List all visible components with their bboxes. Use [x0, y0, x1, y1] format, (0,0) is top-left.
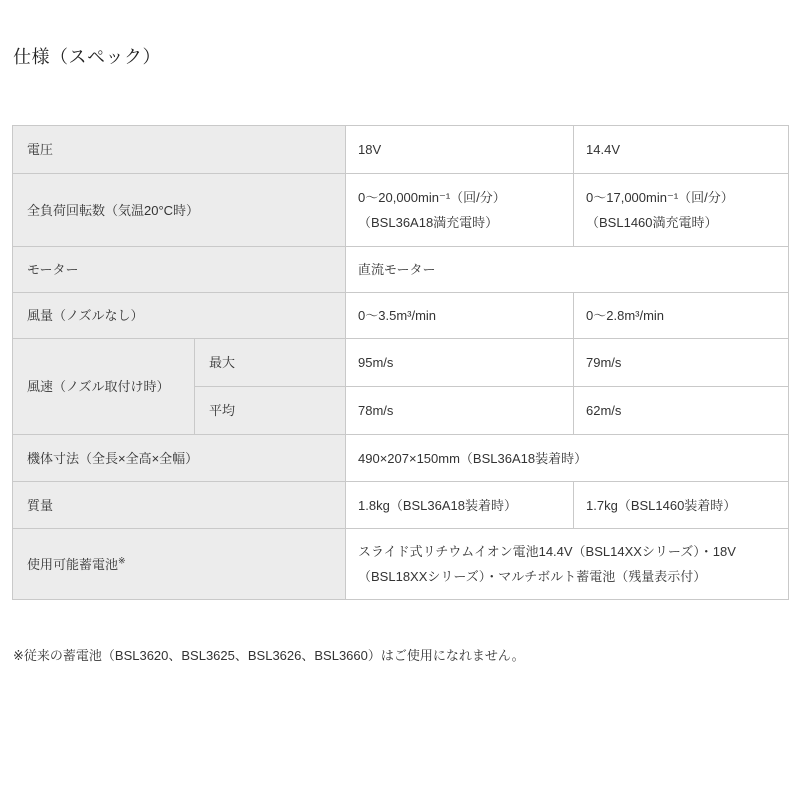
- spec-value-motor: 直流モーター: [346, 247, 789, 293]
- spec-value-weight-18v: 1.8kg（BSL36A18装着時）: [346, 482, 574, 529]
- rotation-18v-line2: （BSL36A18満充電時）: [358, 210, 563, 235]
- spec-label-air-speed: 風速（ノズル取付け時）: [13, 339, 195, 435]
- battery-label-text: 使用可能蓄電池: [27, 557, 118, 572]
- table-row-dimensions: 機体寸法（全長×全高×全幅） 490×207×150mm（BSL36A18装着時…: [13, 435, 789, 482]
- spec-label-rotation: 全負荷回転数（気温20°C時）: [13, 174, 346, 247]
- page-title: 仕様（スペック）: [13, 44, 788, 70]
- spec-sublabel-air-speed-max: 最大: [195, 339, 346, 387]
- spec-value-air-volume-14v: 0〜2.8m³/min: [574, 293, 789, 339]
- spec-label-air-volume: 風量（ノズルなし）: [13, 293, 346, 339]
- rotation-14v-line2: （BSL1460満充電時）: [586, 210, 778, 235]
- spec-label-voltage: 電圧: [13, 126, 346, 174]
- spec-value-air-speed-avg-14v: 62m/s: [574, 387, 789, 435]
- spec-value-battery: スライド式リチウムイオン電池14.4V（BSL14XXシリーズ）・18V（BSL…: [346, 529, 789, 600]
- table-row-battery: 使用可能蓄電池※ スライド式リチウムイオン電池14.4V（BSL14XXシリーズ…: [13, 529, 789, 600]
- table-row-rotation: 全負荷回転数（気温20°C時） 0〜20,000min⁻¹（回/分） （BSL3…: [13, 174, 789, 247]
- spec-value-air-volume-18v: 0〜3.5m³/min: [346, 293, 574, 339]
- spec-page: 仕様（スペック） 電圧 18V 14.4V 全負荷回転数（気温20°C時） 0〜…: [12, 44, 788, 666]
- spec-value-voltage-14v: 14.4V: [574, 126, 789, 174]
- spec-table: 電圧 18V 14.4V 全負荷回転数（気温20°C時） 0〜20,000min…: [12, 125, 789, 600]
- table-row-weight: 質量 1.8kg（BSL36A18装着時） 1.7kg（BSL1460装着時）: [13, 482, 789, 529]
- spec-value-air-speed-avg-18v: 78m/s: [346, 387, 574, 435]
- rotation-18v-line1: 0〜20,000min⁻¹（回/分）: [358, 185, 563, 210]
- table-row-air-speed-max: 風速（ノズル取付け時） 最大 95m/s 79m/s: [13, 339, 789, 387]
- spec-value-weight-14v: 1.7kg（BSL1460装着時）: [574, 482, 789, 529]
- battery-note-marker: ※: [118, 555, 126, 565]
- spec-value-voltage-18v: 18V: [346, 126, 574, 174]
- table-row-voltage: 電圧 18V 14.4V: [13, 126, 789, 174]
- spec-label-battery: 使用可能蓄電池※: [13, 529, 346, 600]
- table-row-air-volume: 風量（ノズルなし） 0〜3.5m³/min 0〜2.8m³/min: [13, 293, 789, 339]
- rotation-14v-line1: 0〜17,000min⁻¹（回/分）: [586, 185, 778, 210]
- spec-value-rotation-18v: 0〜20,000min⁻¹（回/分） （BSL36A18満充電時）: [346, 174, 574, 247]
- footnote: ※従来の蓄電池（BSL3620、BSL3625、BSL3626、BSL3660）…: [13, 646, 788, 666]
- spec-sublabel-air-speed-avg: 平均: [195, 387, 346, 435]
- spec-label-motor: モーター: [13, 247, 346, 293]
- spec-label-weight: 質量: [13, 482, 346, 529]
- spec-value-rotation-14v: 0〜17,000min⁻¹（回/分） （BSL1460満充電時）: [574, 174, 789, 247]
- spec-value-air-speed-max-18v: 95m/s: [346, 339, 574, 387]
- spec-value-air-speed-max-14v: 79m/s: [574, 339, 789, 387]
- spec-value-dimensions: 490×207×150mm（BSL36A18装着時）: [346, 435, 789, 482]
- table-row-motor: モーター 直流モーター: [13, 247, 789, 293]
- spec-label-dimensions: 機体寸法（全長×全高×全幅）: [13, 435, 346, 482]
